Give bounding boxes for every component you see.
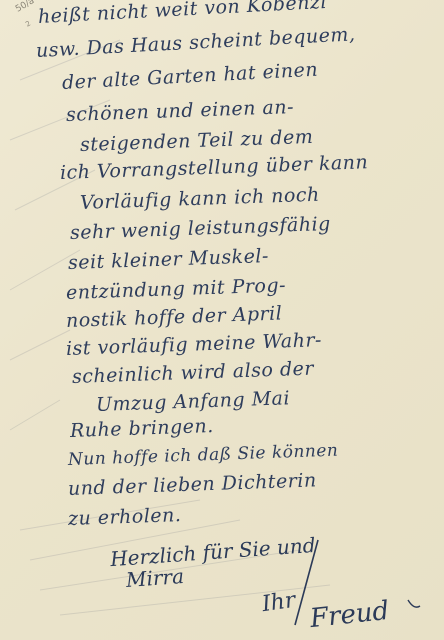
letter-line-15: Ruhe bringen. xyxy=(70,415,214,442)
letter-line-1: heißt nicht weit von Kobenzl xyxy=(37,0,327,28)
letter-line-12: ist vorläufig meine Wahr- xyxy=(66,329,323,360)
letter-line-4: schönen und einen an- xyxy=(66,96,295,126)
letter-line-17: und der lieben Dichterin xyxy=(68,469,317,500)
closing-greeting-line-2: Mirra xyxy=(125,564,184,592)
closing-greeting-line-1: Herzlich für Sie und xyxy=(109,533,316,571)
signature: Freud xyxy=(309,596,391,634)
letter-line-10: entzündung mit Prog- xyxy=(66,274,287,304)
letter-line-16: Nun hoffe ich daß Sie können xyxy=(68,441,339,470)
letter-line-2: usw. Das Haus scheint bequem, xyxy=(35,23,356,62)
signature-prefix: Ihr xyxy=(260,588,297,617)
letter-line-7: Vorläufig kann ich noch xyxy=(80,184,320,214)
letter-line-6: ich Vorrangstellung über kann xyxy=(60,151,369,184)
letter-line-18: zu erholen. xyxy=(68,504,182,530)
letter-line-14: Umzug Anfang Mai xyxy=(96,387,291,416)
archive-mark-sub: 2 xyxy=(24,19,32,28)
letter-page: 50/a 2 heißt nicht weit von Kobenzl usw.… xyxy=(0,0,444,640)
letter-line-3: der alte Garten hat einen xyxy=(61,59,318,94)
letter-line-9: seit kleiner Muskel- xyxy=(68,245,270,274)
letter-line-8: sehr wenig leistungsfähig xyxy=(70,213,331,244)
archive-mark: 50/a xyxy=(14,0,36,15)
letter-line-11: nostik hoffe der April xyxy=(66,302,283,332)
letter-line-5: steigenden Teil zu dem xyxy=(80,126,314,156)
letter-line-13: scheinlich wird also der xyxy=(72,358,315,388)
